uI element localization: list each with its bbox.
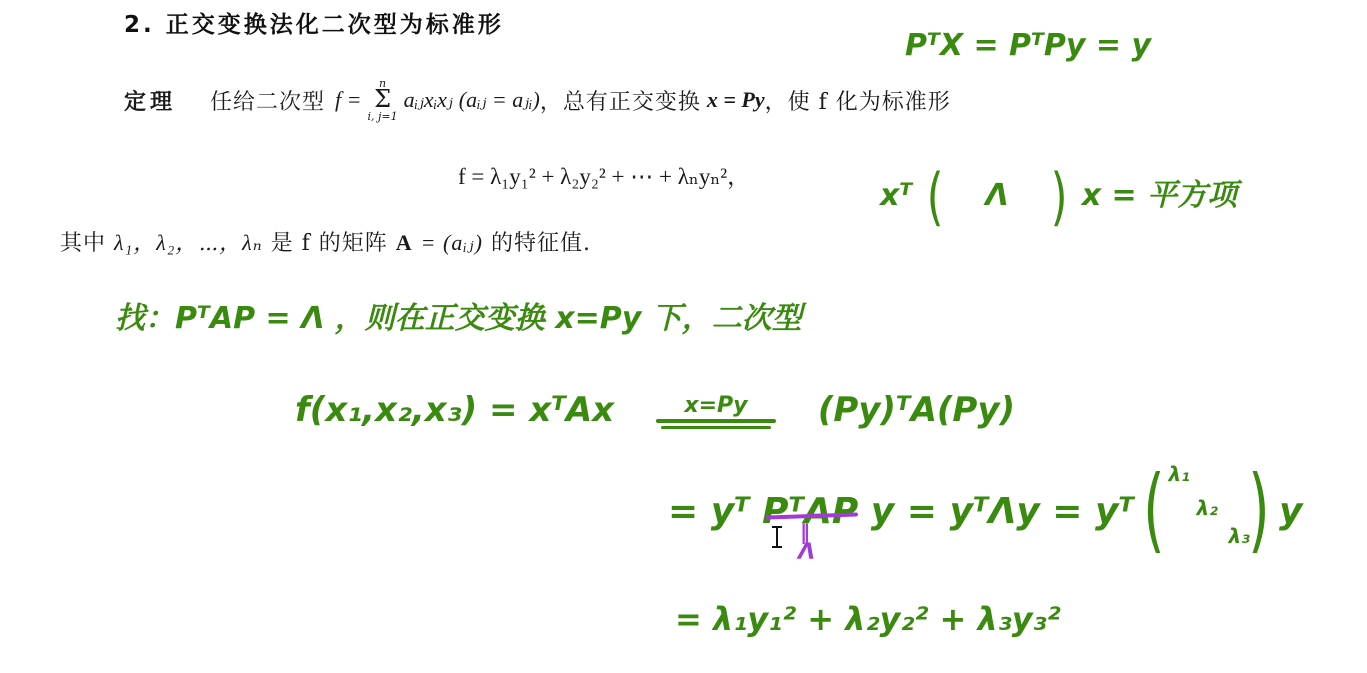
- left-paren-icon: (: [926, 160, 943, 233]
- purple-lambda-note: Λ: [798, 540, 815, 565]
- diag-entry-3: λ₃: [1228, 524, 1249, 548]
- theorem-label: 定理: [124, 85, 176, 116]
- where-suffix: 的特征值.: [491, 231, 591, 256]
- matrix-right-paren-icon: ): [1248, 456, 1270, 563]
- handwritten-derivation-3: = λ₁y₁² + λ₂y₂² + λ₃y₃²: [675, 600, 1061, 638]
- matrix-left-paren-icon: (: [1144, 456, 1166, 563]
- derivation-1-rhs: (Py)ᵀA(Py): [818, 390, 1015, 430]
- theorem-text-after: ，使 f 化为标准形: [765, 85, 951, 116]
- derivation-2-part1: = yᵀ PᵀAP y = yᵀΛy = yᵀ: [668, 491, 1134, 532]
- handwritten-derivation-1: f(x₁,x₂,x₃) = xᵀAx x=Py (Py)ᵀA(Py): [295, 390, 1015, 430]
- eigenvalue-statement: 其中 λ₁，λ₂，⋯，λₙ 是 f 的矩阵 A = (aᵢⱼ) 的特征值.: [60, 226, 591, 257]
- derivation-2-part2: y: [1279, 491, 1302, 532]
- summand: aᵢⱼxᵢxⱼ: [404, 87, 453, 113]
- section-title: 2. 正交变换法化二次型为标准形: [124, 6, 504, 39]
- matrix-symbol: A: [396, 230, 413, 255]
- handwritten-derivation-2: = yᵀ PᵀAP y = yᵀΛy = yᵀ ( λ₁ λ₂ λ₃ ) y: [668, 468, 1303, 558]
- substitution-arrow: x=Py: [656, 395, 776, 429]
- handwritten-find-note: 找：PᵀAP = Λ ，则在正交变换 x=Py 下，二次型: [115, 293, 802, 337]
- where-middle: 是 f 的矩阵: [271, 231, 388, 256]
- symmetry-condition: (aᵢⱼ = aⱼᵢ): [459, 87, 540, 113]
- handwritten-note-side: xᵀ ( Λ ) x = 平方项: [880, 160, 1237, 233]
- diagonal-matrix: ( λ₁ λ₂ λ₃ ): [1146, 468, 1266, 558]
- summation: n Σ i, j=1: [368, 78, 398, 122]
- theorem-text-middle: ，总有正交变换: [540, 85, 701, 116]
- sigma-symbol: Σ: [374, 87, 391, 111]
- where-prefix: 其中: [60, 231, 106, 256]
- side-note-inner: Λ: [985, 178, 1008, 213]
- diag-entry-1: λ₁: [1168, 462, 1189, 486]
- standard-form-formula: f = λ₁y₁² + λ₂y₂² + ⋯ + λₙyₙ²，: [458, 158, 750, 191]
- text-cursor-icon: [772, 526, 782, 548]
- double-bar-icon-lower: [661, 426, 771, 429]
- side-note-left: xᵀ: [880, 178, 912, 213]
- side-note-right: x = 平方项: [1082, 178, 1237, 213]
- orthogonal-transform: x = Py: [707, 87, 765, 113]
- diag-entry-2: λ₂: [1196, 496, 1217, 520]
- substitution-label: x=Py: [684, 395, 747, 417]
- double-bar-icon: [656, 419, 776, 423]
- right-paren-icon: ): [1051, 160, 1068, 233]
- lambda-list: λ₁，λ₂，⋯，λₙ: [114, 230, 263, 255]
- sum-lower: i, j=1: [368, 111, 398, 122]
- theorem-f-eq: f =: [335, 87, 361, 113]
- handwritten-note-top: PᵀX = PᵀPy = y: [905, 28, 1151, 63]
- theorem-text-before: 任给二次型: [210, 85, 325, 116]
- theorem-statement: 定理 任给二次型 f = n Σ i, j=1 aᵢⱼxᵢxⱼ (aᵢⱼ = a…: [124, 78, 951, 122]
- matrix-definition: = (aᵢⱼ): [421, 230, 483, 255]
- derivation-1-lhs: f(x₁,x₂,x₃) = xᵀAx: [295, 390, 614, 430]
